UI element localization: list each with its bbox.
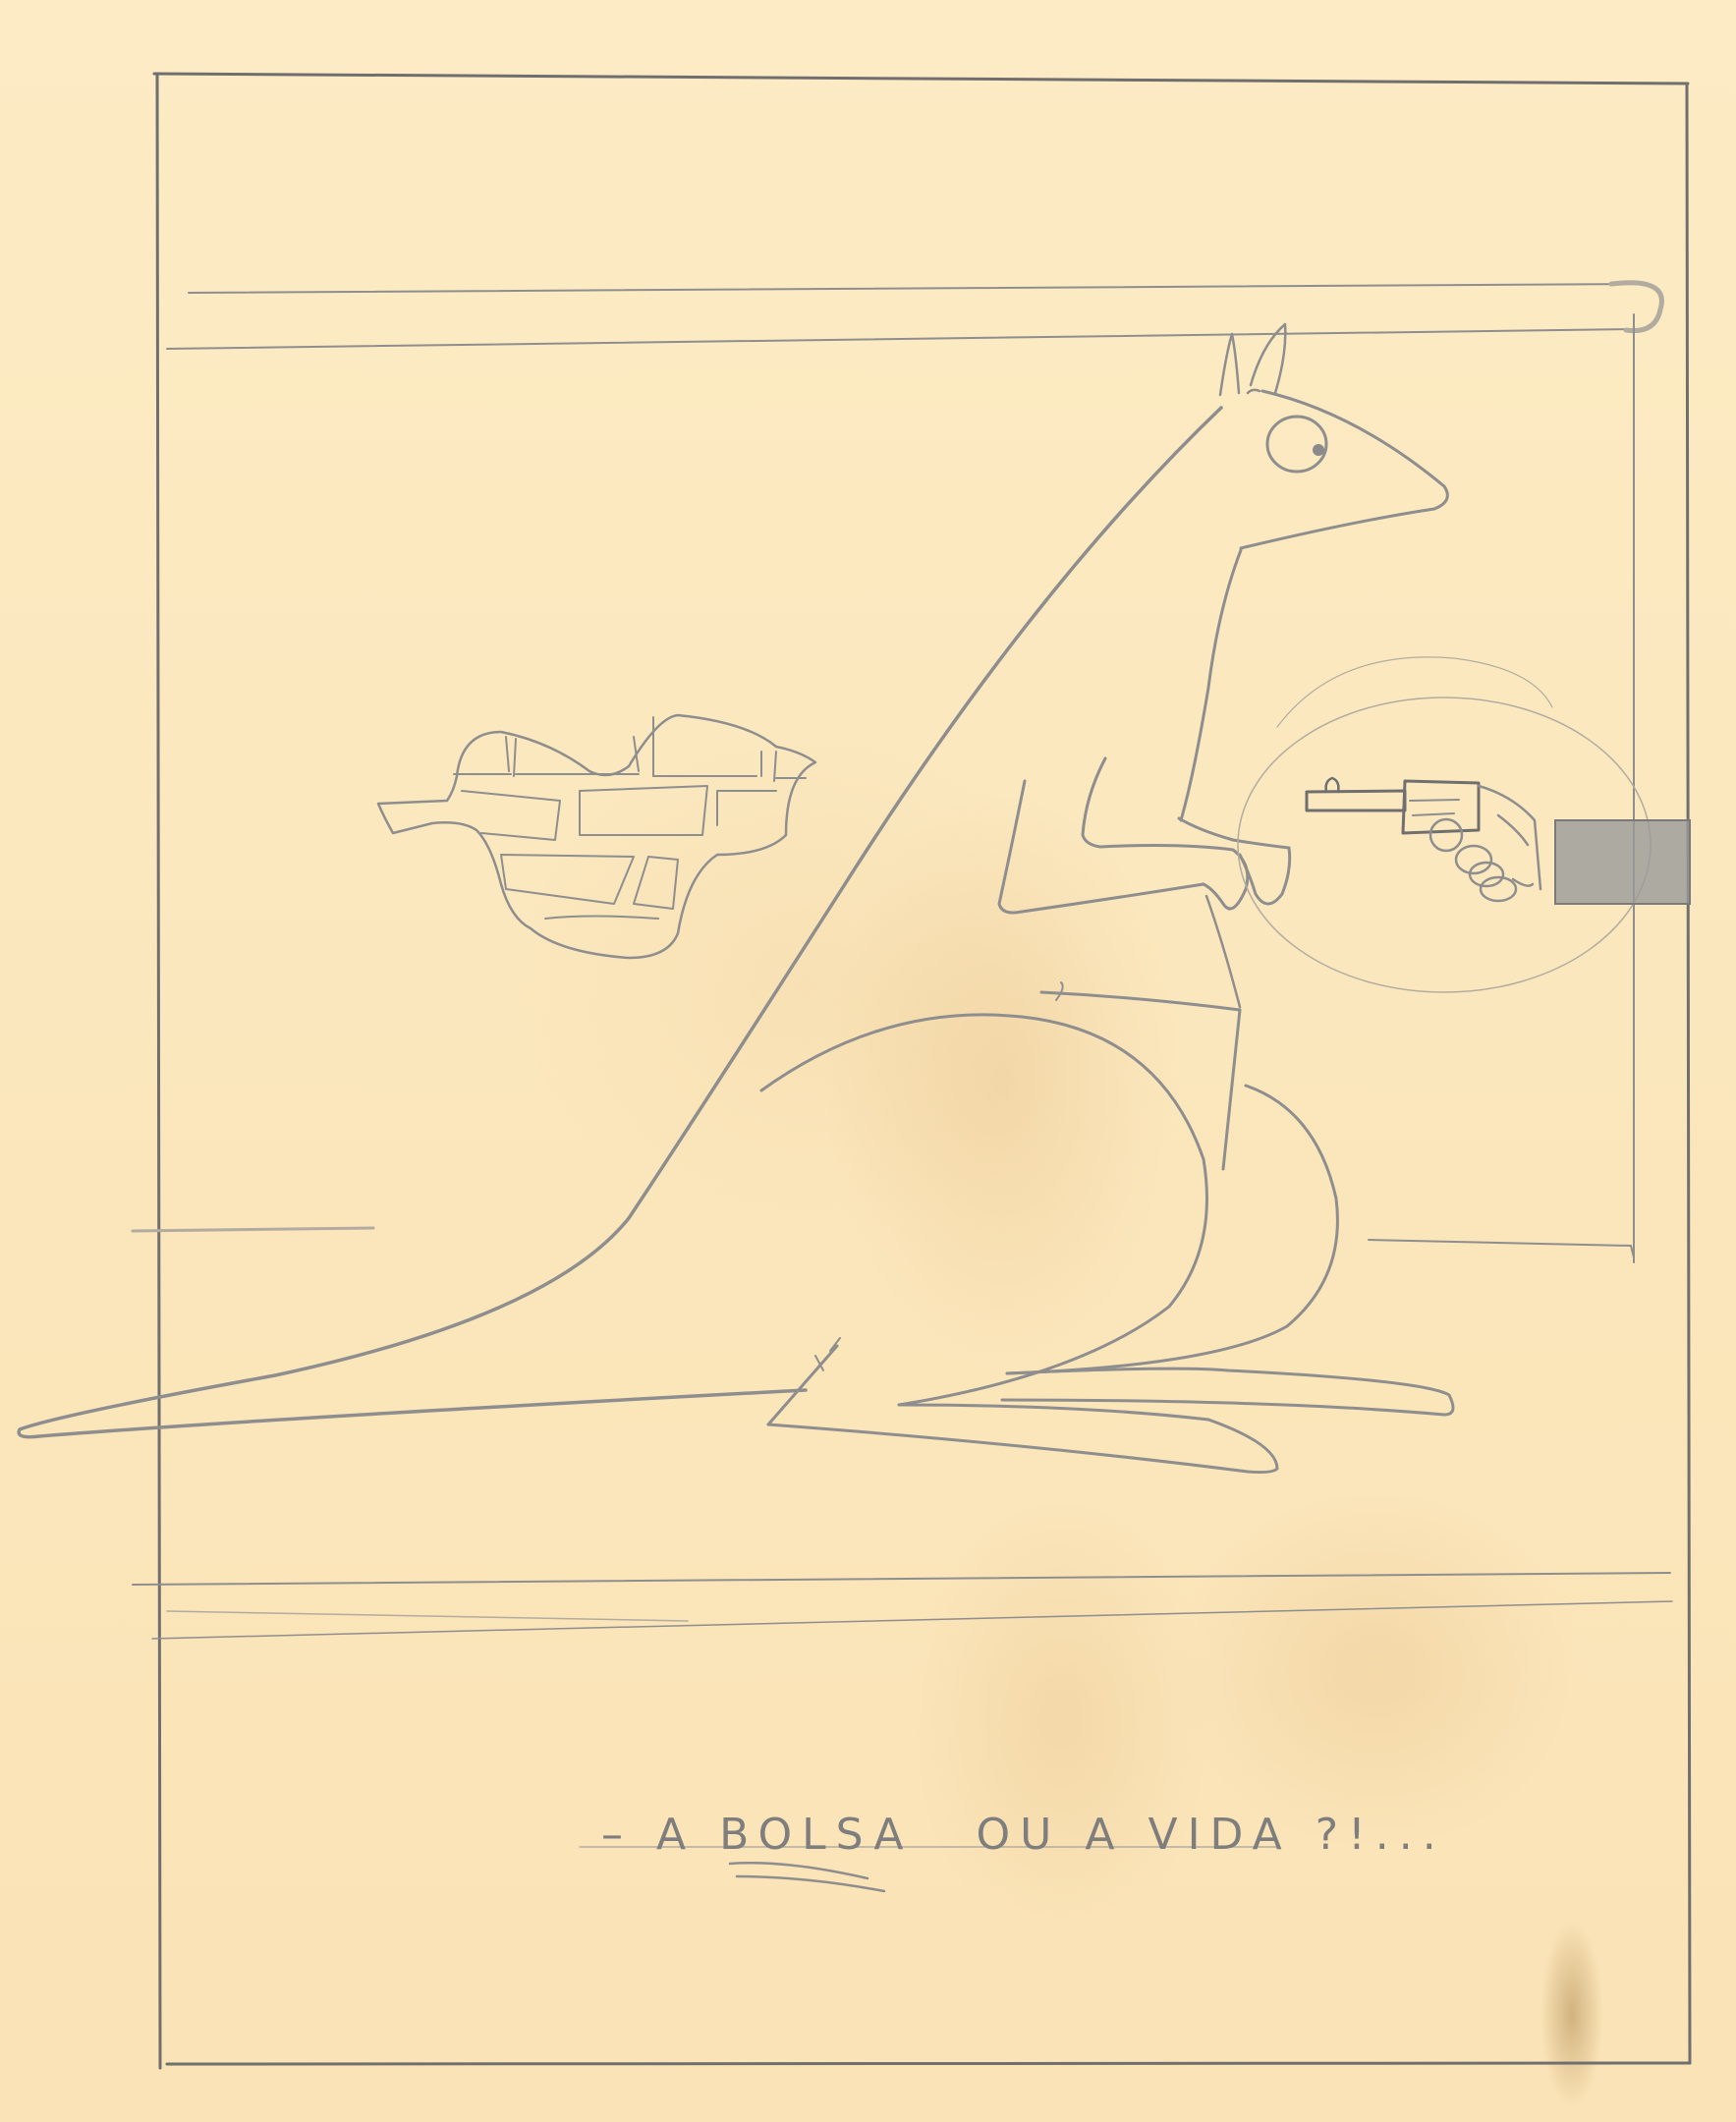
sketch-paper: – A BOLSA OU A VIDA ?!... [0, 0, 1736, 2122]
hand-with-sleeve [1456, 786, 1690, 904]
caption-punctuation: ?!... [1316, 1810, 1446, 1860]
caption: – A BOLSA OU A VIDA ?!... [601, 1810, 1446, 1860]
revolver [1307, 778, 1479, 851]
caption-dash: – [601, 1810, 633, 1860]
caption-word-a2: A [1085, 1810, 1124, 1860]
caption-word-a: A [656, 1810, 696, 1860]
caption-word-vida: VIDA [1148, 1810, 1291, 1860]
kangaroo [19, 324, 1453, 1473]
outer-frame [154, 74, 1690, 2068]
sketch-drawing [0, 0, 1736, 2122]
brick-wall-fragment [378, 715, 815, 958]
caption-word-ou: OU [977, 1810, 1062, 1860]
caption-word-bolsa: BOLSA [719, 1810, 913, 1860]
